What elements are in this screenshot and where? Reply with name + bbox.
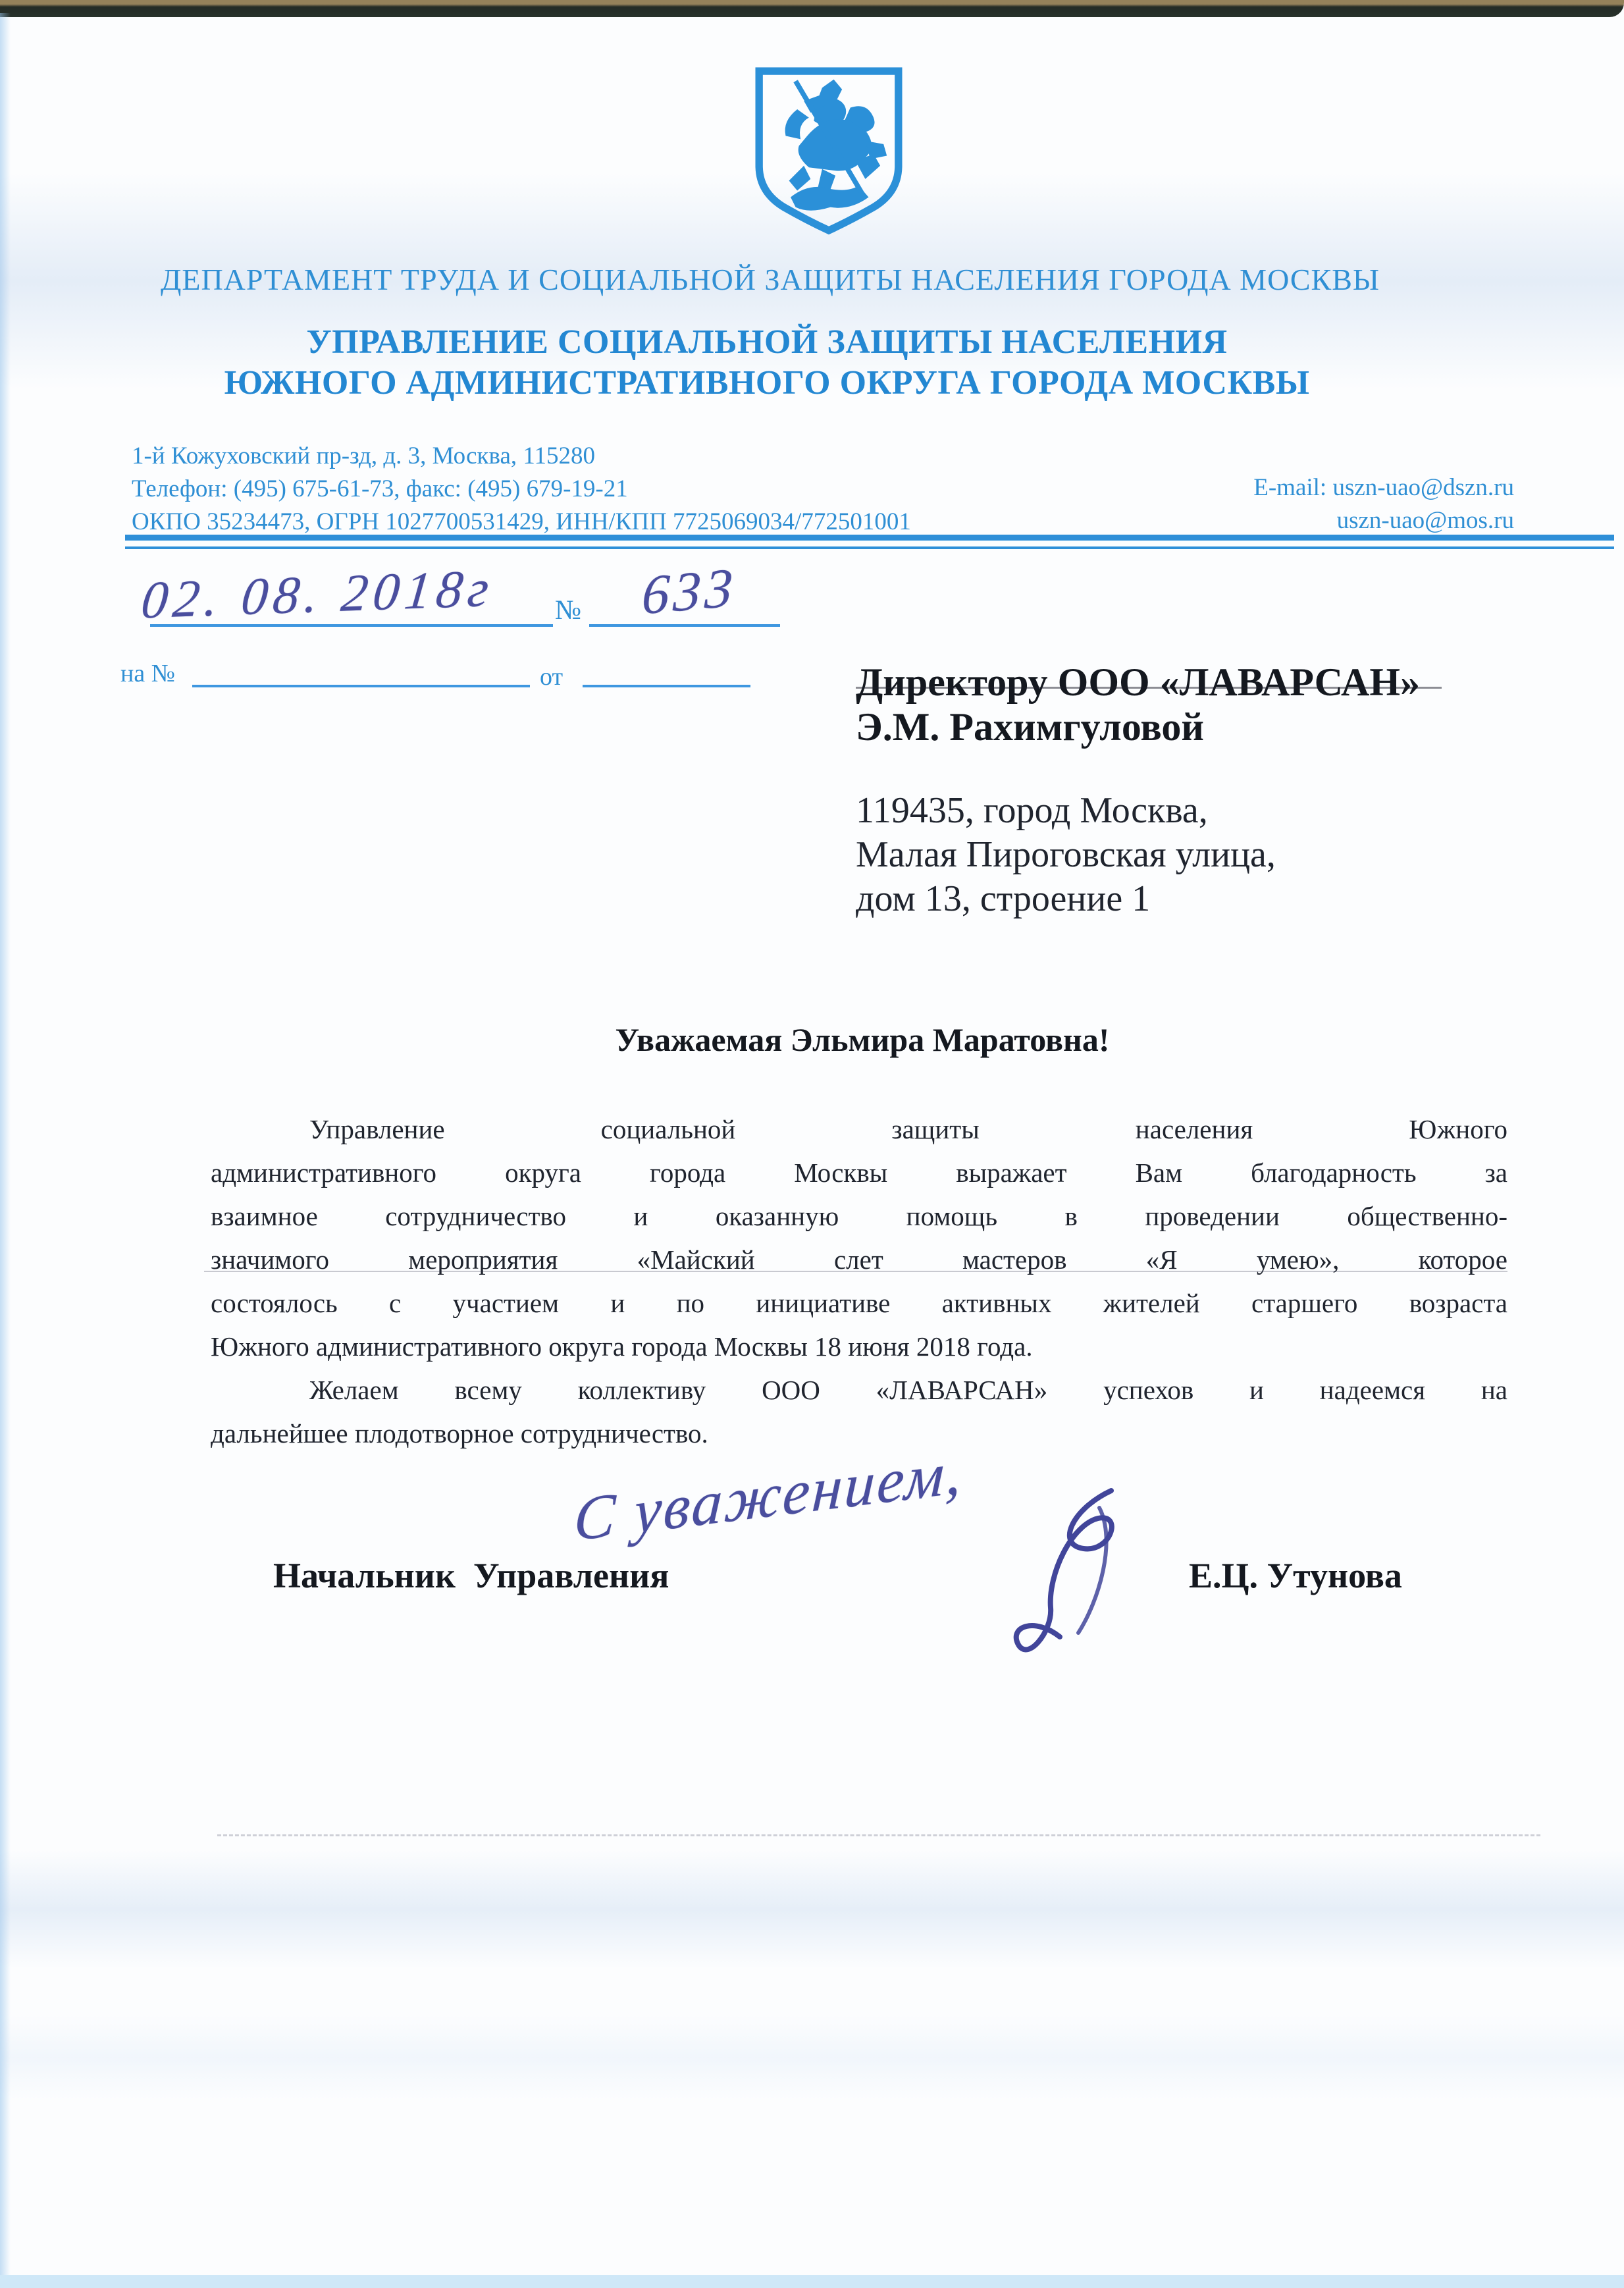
addressee-title: Директору ООО «ЛАВАРСАН» [856, 660, 1420, 705]
org-email-2: uszn-uao@mos.ru [1253, 504, 1514, 537]
org-phone-fax: Телефон: (495) 675-61-73, факс: (495) 67… [132, 473, 911, 506]
scanned-letter-page: ДЕПАРТАМЕНТ ТРУДА И СОЦИАЛЬНОЙ ЗАЩИТЫ НА… [0, 0, 1624, 2288]
addressee-block: Директору ООО «ЛАВАРСАН» Э.М. Рахимгулов… [856, 660, 1420, 749]
letter-body: Управление социальной защиты населения Ю… [211, 1107, 1507, 1455]
scanner-top-edge [0, 0, 1624, 17]
reply-number-underline [192, 685, 530, 687]
postal-line: Малая Пироговская улица, [856, 833, 1276, 877]
letterhead-divider-rule [125, 535, 1614, 549]
addressee-postal-block: 119435, город Москва, Малая Пироговская … [856, 789, 1276, 921]
reply-to-number-label: на № [120, 659, 175, 688]
from-label: от [540, 662, 563, 691]
body-line: административного округа города Москвы в… [211, 1151, 1507, 1194]
postal-line: 119435, город Москва, [856, 789, 1276, 833]
signature-flourish [1001, 1481, 1192, 1686]
signer-position: Начальник Управления [273, 1555, 669, 1596]
department-title: ДЕПАРТАМЕНТ ТРУДА И СОЦИАЛЬНОЙ ЗАЩИТЫ НА… [0, 262, 1540, 297]
organization-title-line2: ЮЖНОГО АДМИНИСТРАТИВНОГО ОКРУГА ГОРОДА М… [0, 363, 1534, 402]
scan-artifact-line [204, 1271, 1507, 1272]
scan-artifact-line [856, 687, 1442, 689]
organization-title-line1: УПРАВЛЕНИЕ СОЦИАЛЬНОЙ ЗАЩИТЫ НАСЕЛЕНИЯ [0, 323, 1534, 361]
scanner-bottom-edge [0, 2275, 1624, 2288]
handwritten-date: 02. 08. 2018г [138, 558, 496, 631]
signer-name: Е.Ц. Утунова [1189, 1555, 1402, 1596]
scan-shade-band [0, 2015, 1624, 2100]
salutation: Уважаемая Эльмира Маратовна! [309, 1021, 1415, 1059]
handwritten-outgoing-number: 633 [641, 555, 739, 627]
email-block: E-mail: uszn-uao@dszn.ru uszn-uao@mos.ru [1253, 471, 1514, 537]
body-line: значимого мероприятия «Майский слет маст… [211, 1238, 1507, 1281]
body-line: Желаем всему коллективу ООО «ЛАВАРСАН» у… [211, 1368, 1507, 1412]
date-underline [150, 624, 553, 627]
moscow-coat-of-arms-icon [746, 66, 912, 236]
body-line: состоялось с участием и по инициативе ак… [211, 1281, 1507, 1325]
org-codes: ОКПО 35234473, ОГРН 1027700531429, ИНН/К… [132, 506, 911, 539]
number-underline [589, 624, 780, 627]
org-email-1: E-mail: uszn-uao@dszn.ru [1253, 471, 1514, 504]
addressee-name: Э.М. Рахимгуловой [856, 705, 1420, 749]
postal-line: дом 13, строение 1 [856, 877, 1276, 921]
reply-date-underline [583, 685, 750, 687]
scan-artifact-line [217, 1834, 1540, 1836]
number-sign-label: № [555, 595, 581, 626]
org-address: 1-й Кожуховский пр-зд, д. 3, Москва, 115… [132, 440, 911, 473]
body-line: Управление социальной защиты населения Ю… [211, 1107, 1507, 1151]
contact-block: 1-й Кожуховский пр-зд, д. 3, Москва, 115… [132, 440, 911, 539]
scan-shade-band [0, 1850, 1624, 1969]
body-line: Южного административного округа города М… [211, 1325, 1507, 1368]
body-line: взаимное сотрудничество и оказанную помо… [211, 1194, 1507, 1238]
